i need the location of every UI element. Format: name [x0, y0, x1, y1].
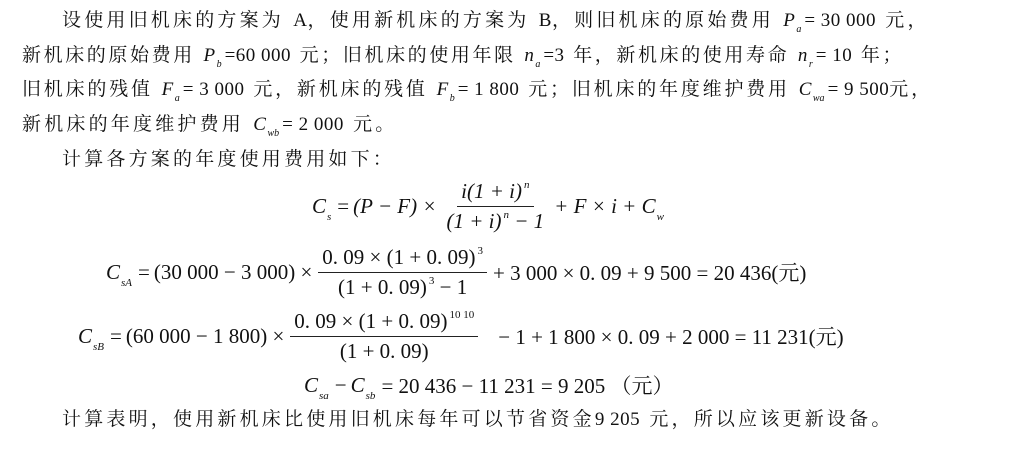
unit: 年；	[861, 44, 904, 66]
rest: = 20 436 − 11 231 = 9 205 （元）	[379, 370, 675, 400]
text: ，则旧机床的原始费用	[552, 9, 774, 31]
numerator: 0. 09 × (1 + 0. 09)10 10	[290, 309, 478, 337]
variable-p: P	[203, 45, 215, 66]
text: 元，新机床的残值	[253, 78, 427, 100]
minus: −	[333, 373, 349, 398]
denominator: (1 + 0. 09)	[336, 337, 433, 364]
lhs: Cs	[310, 194, 335, 219]
formula-scheme-b: CsB = (60 000 − 1 800) × 0. 09 × (1 + 0.…	[76, 308, 846, 364]
rest: − 1 + 1 800 × 0. 09 + 2 000 = 11 231(元)	[496, 321, 845, 351]
rest: + 3 000 × 0. 09 + 9 500 = 20 436(元)	[491, 257, 808, 287]
numerator: 0. 09 × (1 + 0. 09)3	[318, 245, 487, 273]
denominator: (1 + i)n − 1	[443, 207, 549, 234]
formula-difference: Csa − Csb = 20 436 − 11 231 = 9 205 （元）	[302, 370, 675, 400]
variable-n: n	[798, 45, 808, 66]
rest: + F × i + Cw	[552, 194, 668, 219]
unit: 元，	[889, 78, 933, 100]
factor: (30 000 − 3 000) ×	[152, 260, 314, 285]
text: 年，新机床的使用寿命	[573, 44, 789, 66]
subscript: wb	[267, 128, 279, 139]
value-old-salvage: = 3 000	[183, 79, 245, 100]
text: 元；旧机床的使用年限	[300, 44, 516, 66]
value-old-maintenance: = 9 500	[828, 79, 890, 100]
scheme-a-label: A	[293, 10, 307, 31]
variable-n: n	[524, 45, 534, 66]
subscript: wa	[813, 93, 825, 104]
unit: 元，	[885, 9, 929, 31]
text: ，使用新机床的方案为	[308, 9, 530, 31]
value-old-original-cost: = 30 000	[804, 10, 876, 31]
subscript: r	[809, 59, 813, 70]
factor: (60 000 − 1 800) ×	[124, 324, 286, 349]
paragraph-1-line-3: 旧机床的残值 Fa= 3 000 元，新机床的残值 Fb= 1 800 元；旧机…	[22, 76, 933, 106]
paragraph-2: 计算各方案的年度使用费用如下：	[62, 146, 395, 172]
fraction: 0. 09 × (1 + 0. 09)3 (1 + 0. 09)3 − 1	[318, 245, 487, 300]
text: 设使用旧机床的方案为	[62, 9, 284, 31]
text: 新机床的年度维护费用	[22, 113, 244, 135]
denominator: (1 + 0. 09)3 − 1	[334, 273, 471, 300]
text: 计算各方案的年度使用费用如下：	[62, 148, 395, 170]
equals: =	[108, 324, 124, 349]
scheme-b-label: B	[539, 10, 552, 31]
subscript: a	[796, 24, 801, 35]
text: 元；旧机床的年度维护费用	[528, 78, 790, 100]
factor: (P − F) ×	[351, 194, 438, 219]
cost-a: Csa	[302, 373, 333, 398]
text: 元，所以应该更新设备。	[649, 408, 893, 430]
paragraph-1-line-2: 新机床的原始费用 Pb=60 000 元；旧机床的使用年限 na=3 年，新机床…	[22, 42, 904, 72]
savings-value: 9 205	[595, 409, 640, 430]
value-old-service-years: =3	[543, 45, 564, 66]
text: 旧机床的残值	[22, 78, 153, 100]
value-new-salvage: = 1 800	[458, 79, 520, 100]
variable-f: F	[437, 79, 449, 100]
subscript: b	[217, 59, 222, 70]
equals: =	[136, 260, 152, 285]
formula-general: Cs = (P − F) × i(1 + i)n (1 + i)n − 1 + …	[310, 180, 668, 232]
equals: =	[335, 194, 351, 219]
fraction: 0. 09 × (1 + 0. 09)10 10 (1 + 0. 09)	[290, 309, 478, 364]
lhs: CsB	[76, 324, 108, 349]
subscript: b	[450, 93, 455, 104]
fraction: i(1 + i)n (1 + i)n − 1	[443, 179, 549, 234]
conclusion: 计算表明，使用新机床比使用旧机床每年可以节省资金9 205 元，所以应该更新设备…	[62, 406, 894, 433]
unit: 元。	[353, 113, 397, 135]
text: 新机床的原始费用	[22, 44, 195, 66]
value-new-service-life: = 10	[816, 45, 852, 66]
variable-f: F	[162, 79, 174, 100]
paragraph-1-line-1: 设使用旧机床的方案为 A，使用新机床的方案为 B，则旧机床的原始费用 Pa= 3…	[62, 7, 930, 37]
value-new-original-cost: =60 000	[225, 45, 291, 66]
subscript: a	[175, 93, 180, 104]
value-new-maintenance: = 2 000	[282, 114, 344, 135]
numerator: i(1 + i)n	[457, 179, 533, 207]
subscript: a	[535, 59, 540, 70]
document-page: 设使用旧机床的方案为 A，使用新机床的方案为 B，则旧机床的原始费用 Pa= 3…	[0, 0, 1011, 456]
variable-c: C	[799, 79, 812, 100]
variable-c: C	[253, 114, 266, 135]
variable-p: P	[783, 10, 795, 31]
lhs: CsA	[104, 260, 136, 285]
formula-scheme-a: CsA = (30 000 − 3 000) × 0. 09 × (1 + 0.…	[104, 244, 808, 300]
text: 计算表明，使用新机床比使用旧机床每年可以节省资金	[62, 408, 595, 430]
cost-b: Csb	[349, 373, 380, 398]
paragraph-1-line-4: 新机床的年度维护费用 Cwb= 2 000 元。	[22, 111, 398, 141]
